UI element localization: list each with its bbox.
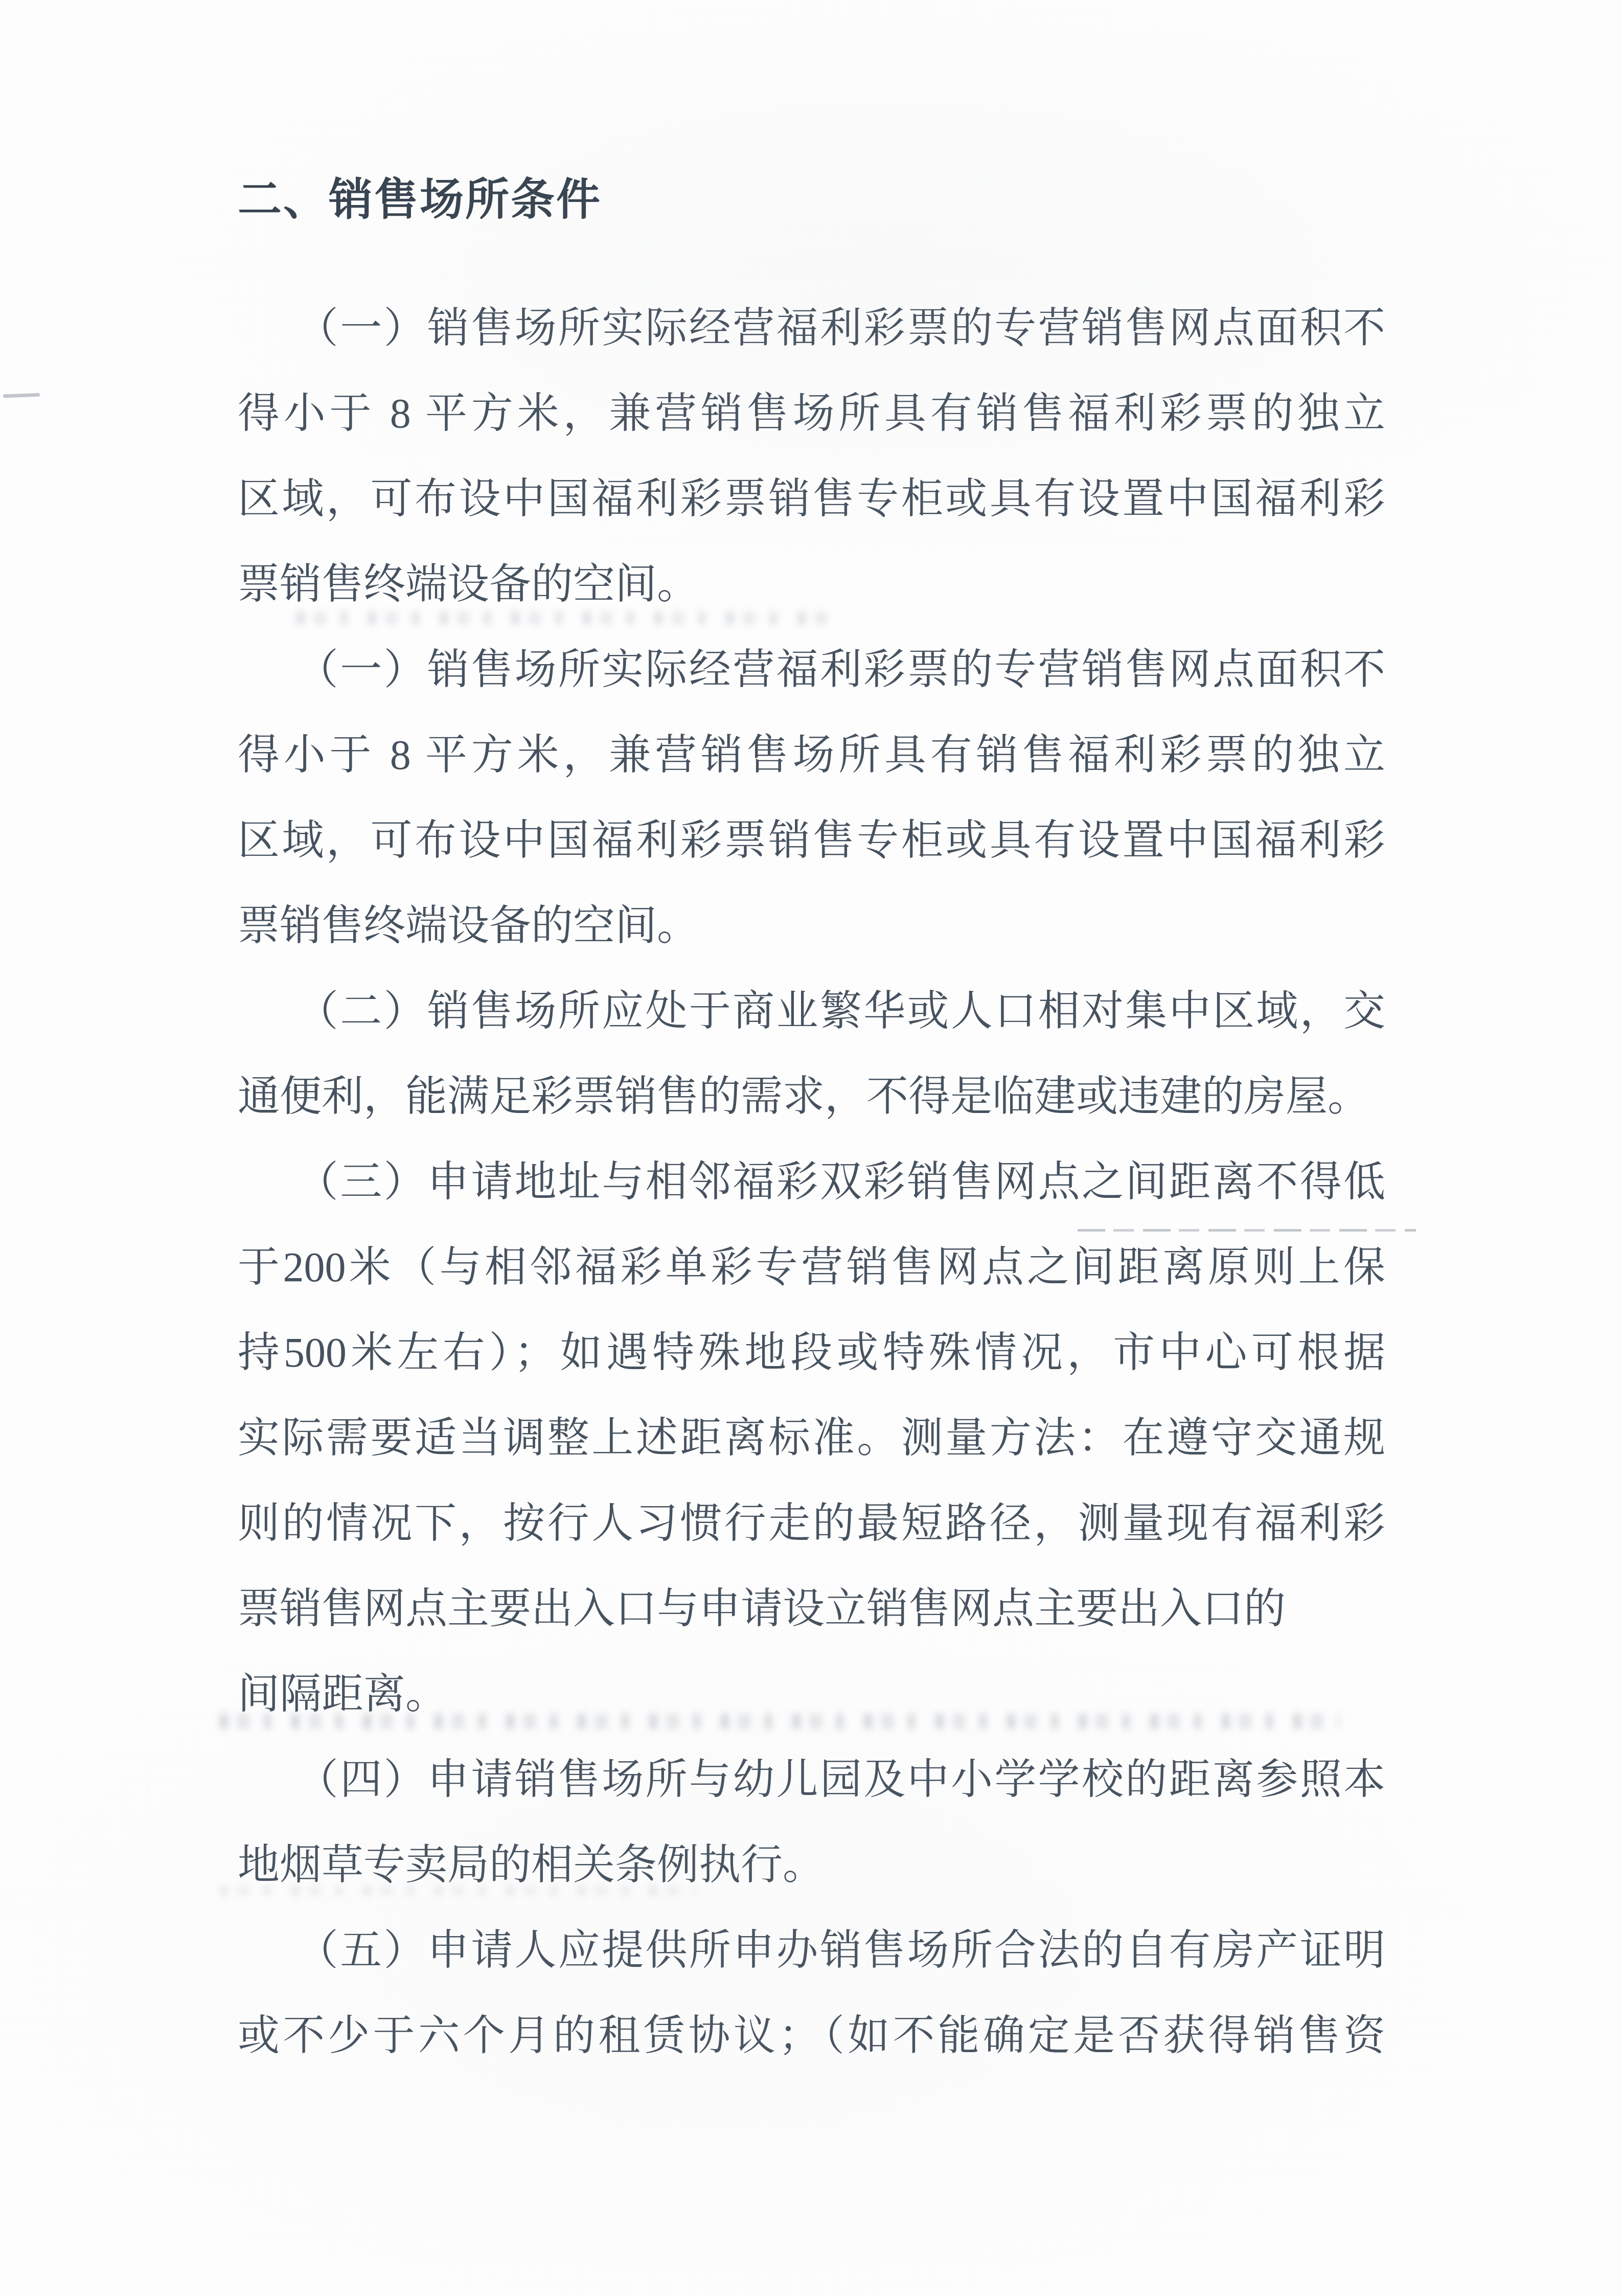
text-line: （四）申请销售场所与幼儿园及中小学学校的距离参照本 (238, 1737, 1385, 1822)
text-line: 区域，可布设中国福利彩票销售专柜或具有设置中国福利彩 (238, 798, 1385, 883)
document-body: （一）销售场所实际经营福利彩票的专营销售网点面积不得小于 8 平方米，兼营销售场… (238, 285, 1385, 2078)
text-line: 持500米左右）；如遇特殊地段或特殊情况，市中心可根据 (238, 1310, 1385, 1395)
text-line: （一）销售场所实际经营福利彩票的专营销售网点面积不 (238, 627, 1385, 712)
text-line: 地烟草专卖局的相关条例执行。 (238, 1822, 1385, 1907)
text-line: 得小于 8 平方米，兼营销售场所具有销售福利彩票的独立 (238, 371, 1385, 456)
text-line: 票销售终端设备的空间。 (238, 883, 1385, 968)
text-line: 于200米（与相邻福彩单彩专营销售网点之间距离原则上保 (238, 1224, 1385, 1310)
text-line: （一）销售场所实际经营福利彩票的专营销售网点面积不 (238, 285, 1385, 371)
scanned-document-page: 二、销售场所条件 （一）销售场所实际经营福利彩票的专营销售网点面积不得小于 8 … (0, 0, 1622, 2296)
text-line: 实际需要适当调整上述距离标准。测量方法：在遵守交通规 (238, 1395, 1385, 1481)
text-line: 间隔距离。 (238, 1651, 1385, 1737)
text-line: 或不少于六个月的租赁协议；（如不能确定是否获得销售资 (238, 1993, 1385, 2078)
text-line: （五）申请人应提供所申办销售场所合法的自有房产证明 (238, 1907, 1385, 1993)
text-line: 通便利，能满足彩票销售的需求，不得是临建或违建的房屋。 (238, 1054, 1385, 1139)
text-line: 票销售网点主要出入口与申请设立销售网点主要出入口的 (238, 1566, 1385, 1651)
section-heading: 二、销售场所条件 (238, 178, 602, 222)
scan-artifact-edge-dash (3, 393, 40, 398)
text-line: 得小于 8 平方米，兼营销售场所具有销售福利彩票的独立 (238, 712, 1385, 798)
text-line: 票销售终端设备的空间。 (238, 541, 1385, 627)
text-line: （二）销售场所应处于商业繁华或人口相对集中区域，交 (238, 968, 1385, 1054)
text-line: 则的情况下，按行人习惯行走的最短路径，测量现有福利彩 (238, 1481, 1385, 1566)
text-line: （三）申请地址与相邻福彩双彩销售网点之间距离不得低 (238, 1139, 1385, 1224)
text-line: 区域，可布设中国福利彩票销售专柜或具有设置中国福利彩 (238, 456, 1385, 541)
